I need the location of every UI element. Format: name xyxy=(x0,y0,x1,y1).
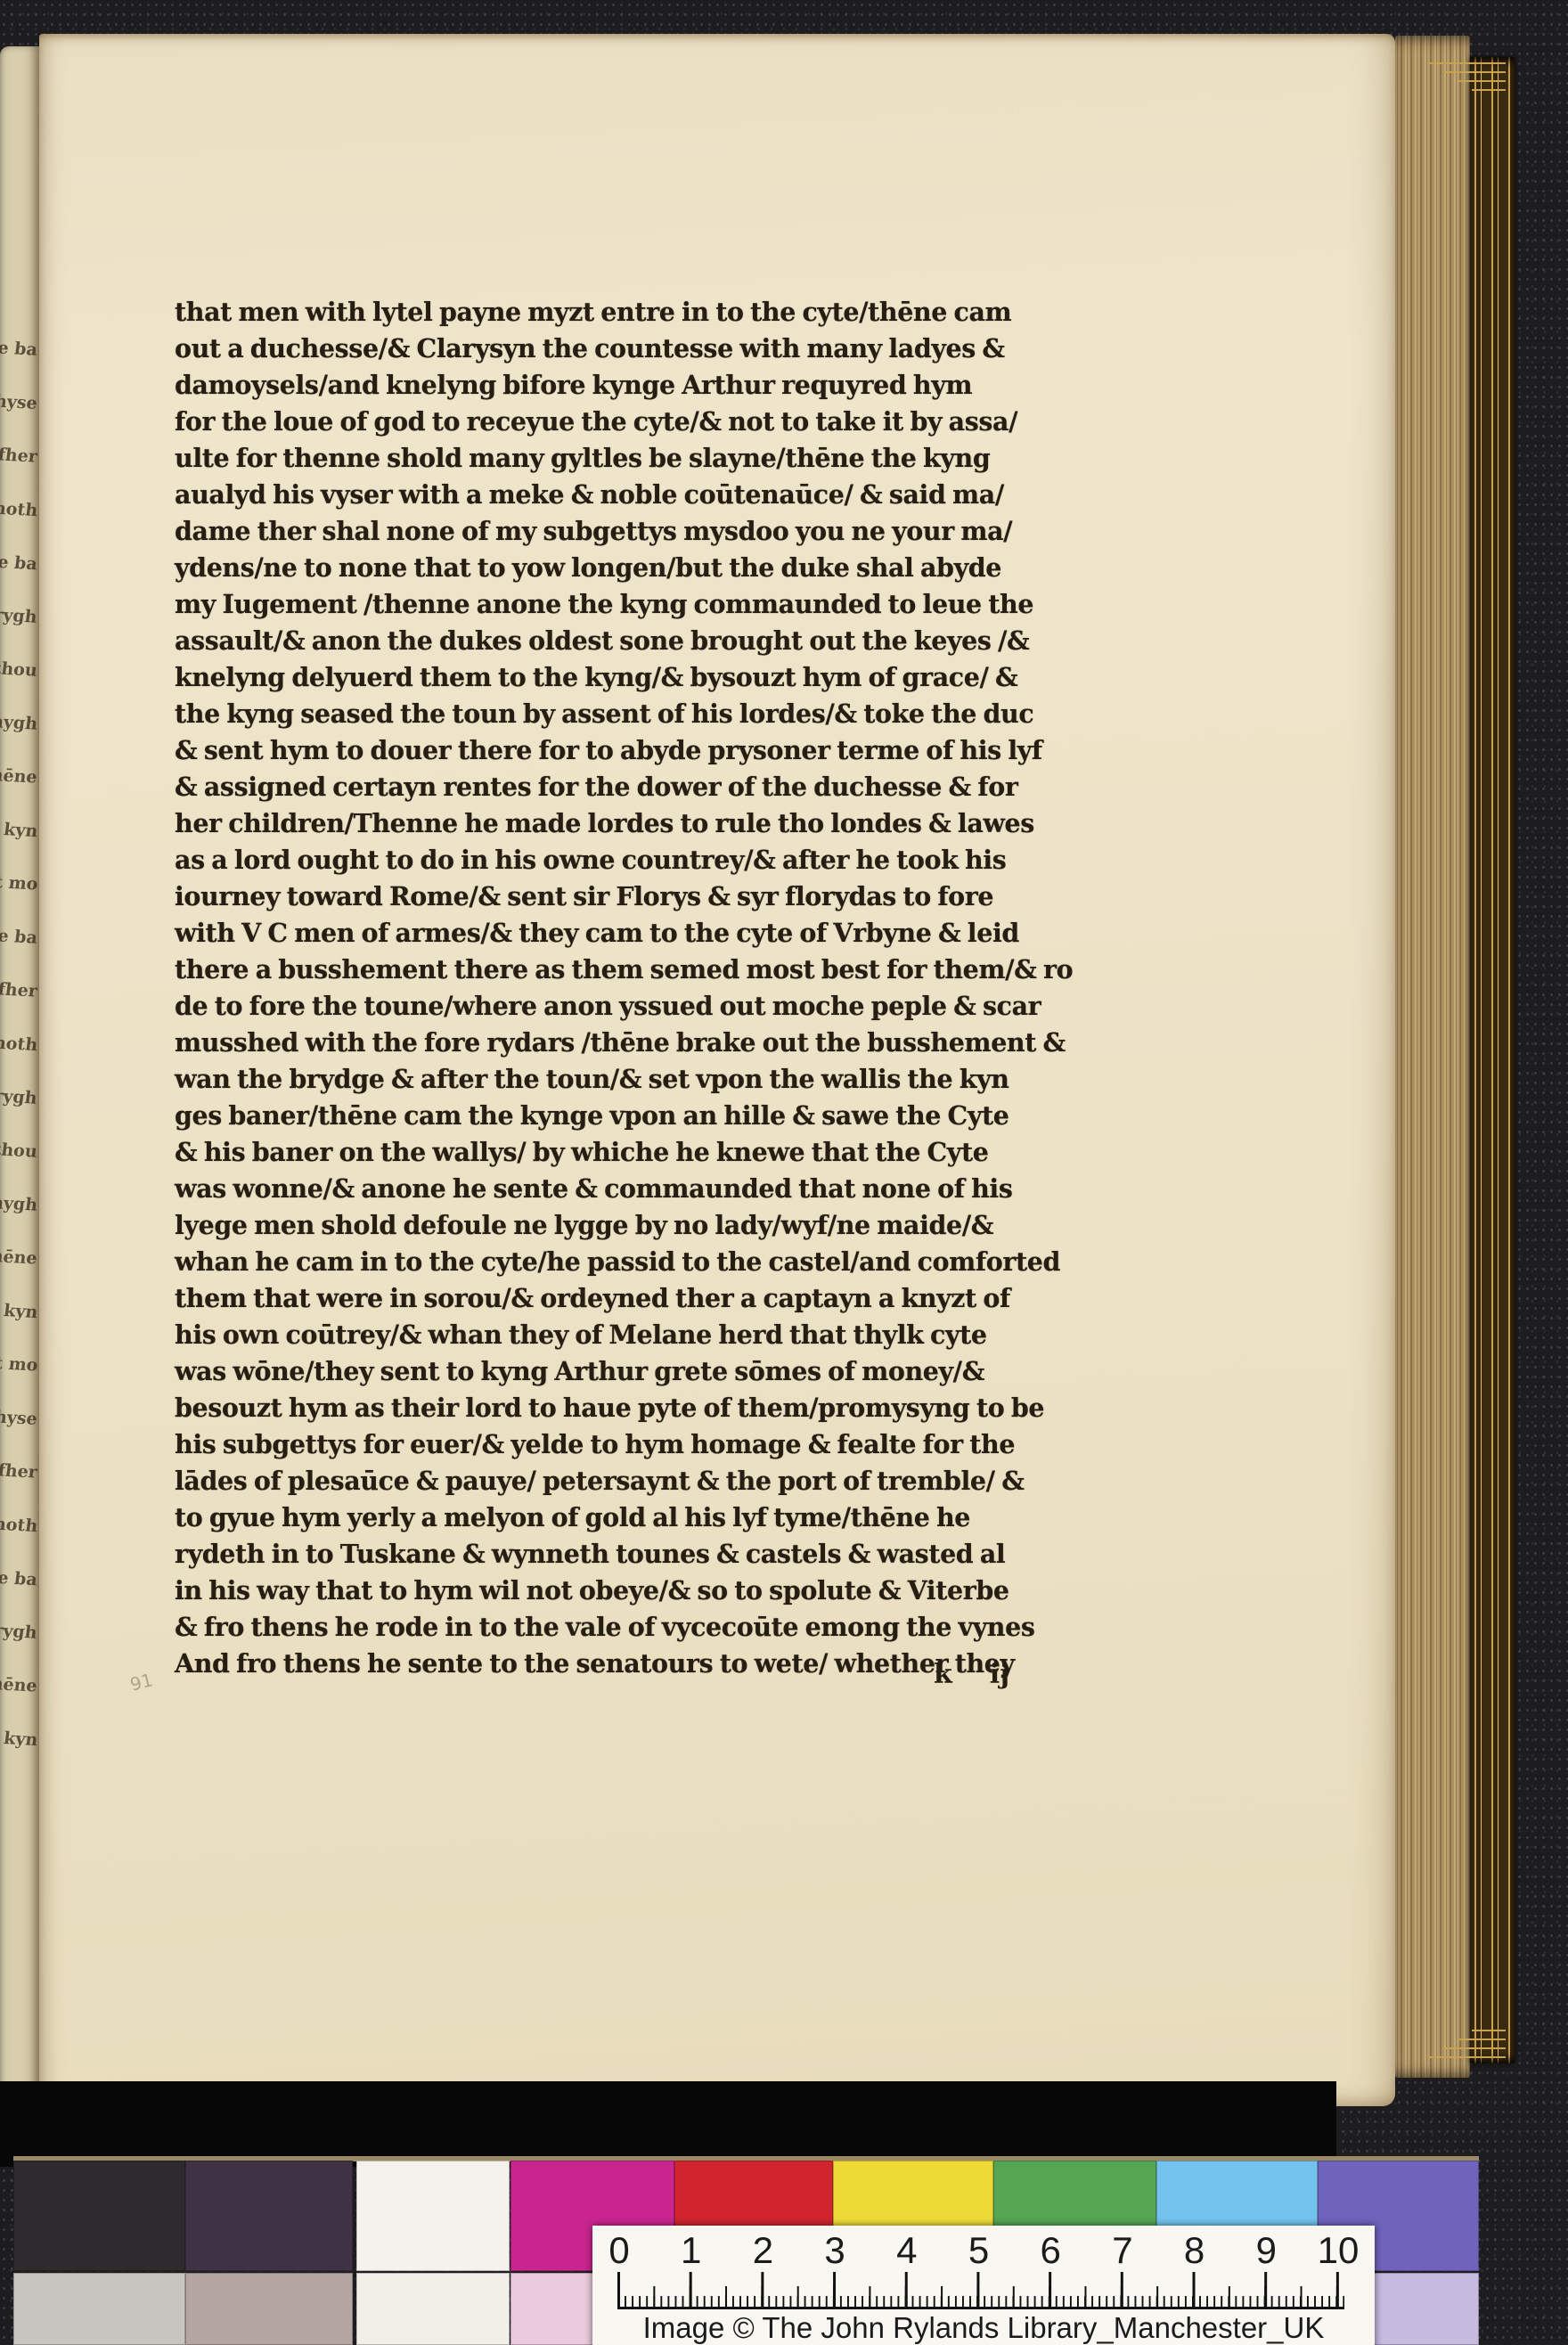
verso-text-fragment: the kyn xyxy=(0,1299,38,1322)
text-line: them that were in sorou/& ordeyned ther … xyxy=(175,1280,1066,1317)
signature-letter: k xyxy=(934,1659,952,1690)
ruler-number: 1 xyxy=(681,2229,701,2272)
verso-text-fragment: the kyn xyxy=(0,1727,38,1750)
color-patch xyxy=(185,2161,353,2271)
verso-text-fragment: e thou xyxy=(0,1139,38,1161)
printed-text-block: that men with lytel payne myzt entre in … xyxy=(175,294,1066,1682)
text-line: lādes of plesaūce & pauye/ petersaynt & … xyxy=(175,1463,1066,1499)
verso-text-fragment: the kyn xyxy=(0,818,38,841)
text-line: that men with lytel payne myzt entre in … xyxy=(175,294,1066,331)
ruler-number: 5 xyxy=(968,2229,989,2272)
verso-text-fragment: p the ba xyxy=(0,551,38,574)
text-line: de to fore the toune/where anon yssued o… xyxy=(175,988,1066,1025)
ruler-number: 2 xyxy=(753,2229,773,2272)
text-line: damoysels/and knelyng bifore kynge Arthu… xyxy=(175,367,1066,404)
gilt-corner-bottom xyxy=(1424,2006,1509,2063)
gilt-cover-edge xyxy=(1470,57,1515,2063)
ruler-ticks xyxy=(617,2272,1344,2309)
verso-text-fragment: p the ba xyxy=(0,1566,38,1589)
text-line: there a busshement there as them semed m… xyxy=(175,952,1066,988)
verso-text-fragment: the ba xyxy=(0,337,38,359)
verso-text-fragment: e thou xyxy=(0,658,38,680)
verso-text-fragment: at mo xyxy=(0,1352,38,1375)
ruler-number: 0 xyxy=(608,2229,629,2272)
text-line: musshed with the fore rydars /thēne brak… xyxy=(175,1025,1066,1061)
text-line: knelyng delyuerd them to the kyng/& byso… xyxy=(175,659,1066,696)
ruler-number: 7 xyxy=(1112,2229,1132,2272)
verso-text-fragment: e fher xyxy=(0,444,38,466)
text-line: was wonne/& anone he sente & commaunded … xyxy=(175,1171,1066,1207)
text-line: was wōne/they sent to kyng Arthur grete … xyxy=(175,1353,1066,1390)
text-line: & sent hym to douer there for to abyde p… xyxy=(175,732,1066,769)
ruler-number: 9 xyxy=(1256,2229,1277,2272)
signature-numeral: ij xyxy=(990,1659,1009,1690)
verso-text-fragment: oz noth xyxy=(0,497,38,520)
scale-ruler-card: 012345678910 Image © The John Rylands Li… xyxy=(592,2226,1375,2345)
text-line: his subgettys for euer/& yelde to hym ho… xyxy=(175,1426,1066,1463)
verso-text-fragment: oz noth xyxy=(0,1513,38,1536)
ruler-number: 6 xyxy=(1041,2229,1061,2272)
text-line: to gyue hym yerly a melyon of gold al hi… xyxy=(175,1499,1066,1536)
verso-text-fragment: z rygh xyxy=(0,604,38,626)
ruler-number: 3 xyxy=(824,2229,845,2272)
verso-text-fragment: z rygh xyxy=(0,1085,38,1107)
verso-text-fragment: s thyse xyxy=(0,390,38,413)
text-line: as a lord ought to do in his owne countr… xyxy=(175,842,1066,878)
text-line: out a duchesse/& Clarysyn the countesse … xyxy=(175,331,1066,367)
ruler-number: 8 xyxy=(1184,2229,1205,2272)
book-fore-edge xyxy=(1395,36,1470,2078)
text-line: his own coūtrey/& whan they of Melane he… xyxy=(175,1317,1066,1353)
text-line: ges baner/thēne cam the kynge vpon an hi… xyxy=(175,1098,1066,1134)
text-line: rydeth in to Tuskane & wynneth tounes & … xyxy=(175,1536,1066,1573)
text-line: lyege men shold defoule ne lygge by no l… xyxy=(175,1207,1066,1244)
text-line: whan he cam in to the cyte/he passid to … xyxy=(175,1244,1066,1280)
verso-text-fragment: knygh xyxy=(0,711,38,733)
color-patch xyxy=(185,2273,353,2345)
verso-text-fragment: the ba xyxy=(0,925,38,947)
color-patch xyxy=(13,2161,185,2271)
verso-text-fragment: e fher xyxy=(0,978,38,1001)
color-patch xyxy=(13,2273,185,2345)
verso-text-fragment: knygh xyxy=(0,1192,38,1214)
color-patch xyxy=(356,2273,510,2345)
verso-page-sliver: the bas thysee fheroz nothp the baz rygh… xyxy=(0,46,39,2104)
verso-text-fragment: oz noth xyxy=(0,1032,38,1055)
text-line: iourney toward Rome/& sent sir Florys & … xyxy=(175,878,1066,915)
verso-text-fragment: thēne xyxy=(0,1246,38,1268)
verso-text-fragment: z rygh xyxy=(0,1620,38,1642)
text-line: ydens/ne to none that to yow longen/but … xyxy=(175,550,1066,586)
gilt-corner-top xyxy=(1424,57,1509,114)
shadow-under-book xyxy=(0,2081,1336,2167)
text-line: in his way that to hym wil not obeye/& s… xyxy=(175,1573,1066,1609)
text-line: assault/& anon the dukes oldest sone bro… xyxy=(175,623,1066,659)
text-line: & assigned certayn rentes for the dower … xyxy=(175,769,1066,805)
text-line: & fro thens he rode in to the vale of vy… xyxy=(175,1609,1066,1646)
text-line: & his baner on the wallys/ by whiche he … xyxy=(175,1134,1066,1171)
color-patch xyxy=(356,2161,510,2271)
text-line: dame ther shal none of my subgettys mysd… xyxy=(175,513,1066,550)
text-line: with V C men of armes/& they cam to the … xyxy=(175,915,1066,952)
verso-text-fragment: e fher xyxy=(0,1459,38,1482)
ruler-number: 10 xyxy=(1318,2229,1360,2272)
text-line: the kyng seased the toun by assent of hi… xyxy=(175,696,1066,732)
verso-text-fragment: thēne xyxy=(0,1673,38,1695)
text-line: And fro thens he sente to the senatours … xyxy=(175,1646,1066,1682)
quire-signature-mark: kij xyxy=(934,1659,1047,1690)
text-line: my Iugement /thenne anone the kyng comma… xyxy=(175,586,1066,623)
verso-text-fragment: thēne xyxy=(0,764,38,787)
text-line: aualyd his vyser with a meke & noble coū… xyxy=(175,477,1066,513)
text-line: for the loue of god to receyue the cyte/… xyxy=(175,404,1066,440)
text-line: ulte for thenne shold many gyltles be sl… xyxy=(175,440,1066,477)
text-line: wan the brydge & after the toun/& set vp… xyxy=(175,1061,1066,1098)
ruler-number: 4 xyxy=(896,2229,917,2272)
photograph-of-book-page: the bas thysee fheroz nothp the baz rygh… xyxy=(0,0,1568,2345)
text-line: her children/Thenne he made lordes to ru… xyxy=(175,805,1066,842)
verso-text-fragment: s thyse xyxy=(0,1406,38,1429)
text-line: besouzt hym as their lord to haue pyte o… xyxy=(175,1390,1066,1426)
library-credit-line: Image © The John Rylands Library_Manches… xyxy=(592,2311,1375,2345)
verso-text-fragment: at mo xyxy=(0,871,38,894)
